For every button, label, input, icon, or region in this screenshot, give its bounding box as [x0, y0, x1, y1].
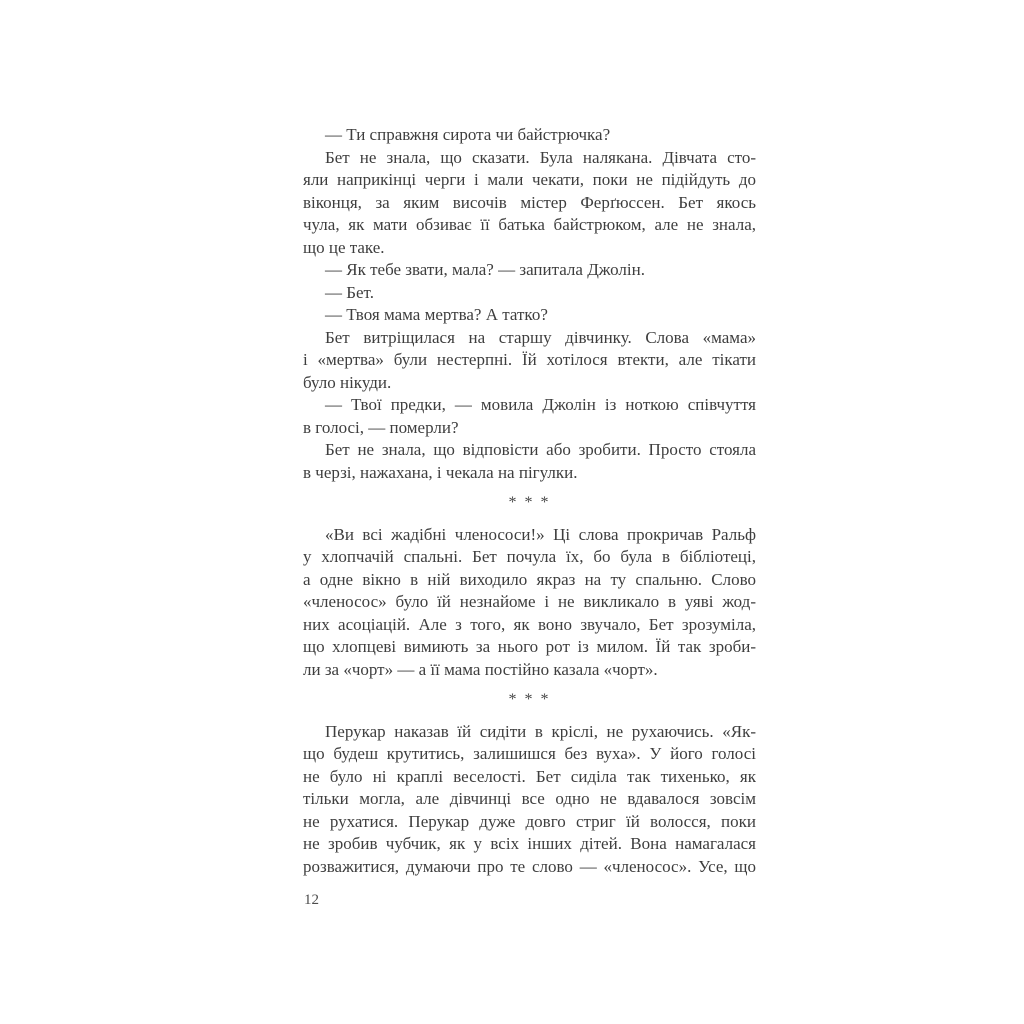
text-line: — Бет.	[303, 282, 756, 305]
text-line: Бет витріщилася на старшу дівчинку. Слов…	[303, 327, 756, 350]
text-line: в черзі, нажахана, і чекала на пігулки.	[303, 462, 756, 485]
text-line: віконця, за яким височів містер Ферґюссе…	[303, 192, 756, 215]
text-line: — Твої предки, — мовила Джолін із ноткою…	[303, 394, 756, 417]
paragraph: — Бет.	[303, 282, 756, 305]
text-line: Бет не знала, що відповісти або зробити.…	[303, 439, 756, 462]
text-line: — Твоя мама мертва? А татко?	[303, 304, 756, 327]
paragraph: Бет не знала, що відповісти або зробити.…	[303, 439, 756, 484]
text-line: — Ти справжня сирота чи байстрючка?	[303, 124, 756, 147]
text-line: чула, як мати обзиває її батька байстрюк…	[303, 214, 756, 237]
paragraph: Бет не знала, що сказати. Була налякана.…	[303, 147, 756, 260]
text-line: Бет не знала, що сказати. Була налякана.…	[303, 147, 756, 170]
text-line: — Як тебе звати, мала? — запитала Джолін…	[303, 259, 756, 282]
text-line: «Ви всі жадібні членососи!» Ці слова про…	[303, 524, 756, 547]
paragraph: Бет витріщилася на старшу дівчинку. Слов…	[303, 327, 756, 395]
text-line: було нікуди.	[303, 372, 756, 395]
text-line: в голосі, — померли?	[303, 417, 756, 440]
text-line: не було ні краплі веселості. Бет сиділа …	[303, 766, 756, 789]
text-line: «членосос» було їй незнайоме і не виклик…	[303, 591, 756, 614]
text-line: не рухатися. Перукар дуже довго стриг їй…	[303, 811, 756, 834]
text-line: що будеш крутитись, залишишся без вуха».…	[303, 743, 756, 766]
page-number: 12	[304, 892, 319, 909]
paragraph: «Ви всі жадібні членососи!» Ці слова про…	[303, 524, 756, 682]
paragraph: — Ти справжня сирота чи байстрючка?	[303, 124, 756, 147]
paragraph: — Твої предки, — мовила Джолін із ноткою…	[303, 394, 756, 439]
text-line: Перукар наказав їй сидіти в кріслі, не р…	[303, 721, 756, 744]
text-line: розважитися, думаючи про те слово — «чле…	[303, 856, 756, 879]
text-line: яли наприкінці черги і мали чекати, поки…	[303, 169, 756, 192]
book-page: — Ти справжня сирота чи байстрючка?Бет н…	[0, 0, 1024, 1024]
paragraph: — Твоя мама мертва? А татко?	[303, 304, 756, 327]
text-line: не зробив чубчик, як у всіх інших дітей.…	[303, 833, 756, 856]
paragraph: — Як тебе звати, мала? — запитала Джолін…	[303, 259, 756, 282]
text-line: у хлопчачій спальні. Бет почула їх, бо б…	[303, 546, 756, 569]
paragraph: Перукар наказав їй сидіти в кріслі, не р…	[303, 721, 756, 879]
page-text: — Ти справжня сирота чи байстрючка?Бет н…	[303, 124, 756, 878]
section-separator: * * *	[303, 689, 756, 712]
text-line: тільки могла, але дівчинці все одно не в…	[303, 788, 756, 811]
text-line: що це таке.	[303, 237, 756, 260]
text-line: них асоціацій. Але з того, як воно звуча…	[303, 614, 756, 637]
text-line: і «мертва» були нестерпні. Їй хотілося в…	[303, 349, 756, 372]
section-separator: * * *	[303, 492, 756, 515]
text-line: що хлопцеві вимиють за нього рот із мило…	[303, 636, 756, 659]
text-line: ли за «чорт» — а її мама постійно казала…	[303, 659, 756, 682]
text-line: а одне вікно в ній виходило якраз на ту …	[303, 569, 756, 592]
